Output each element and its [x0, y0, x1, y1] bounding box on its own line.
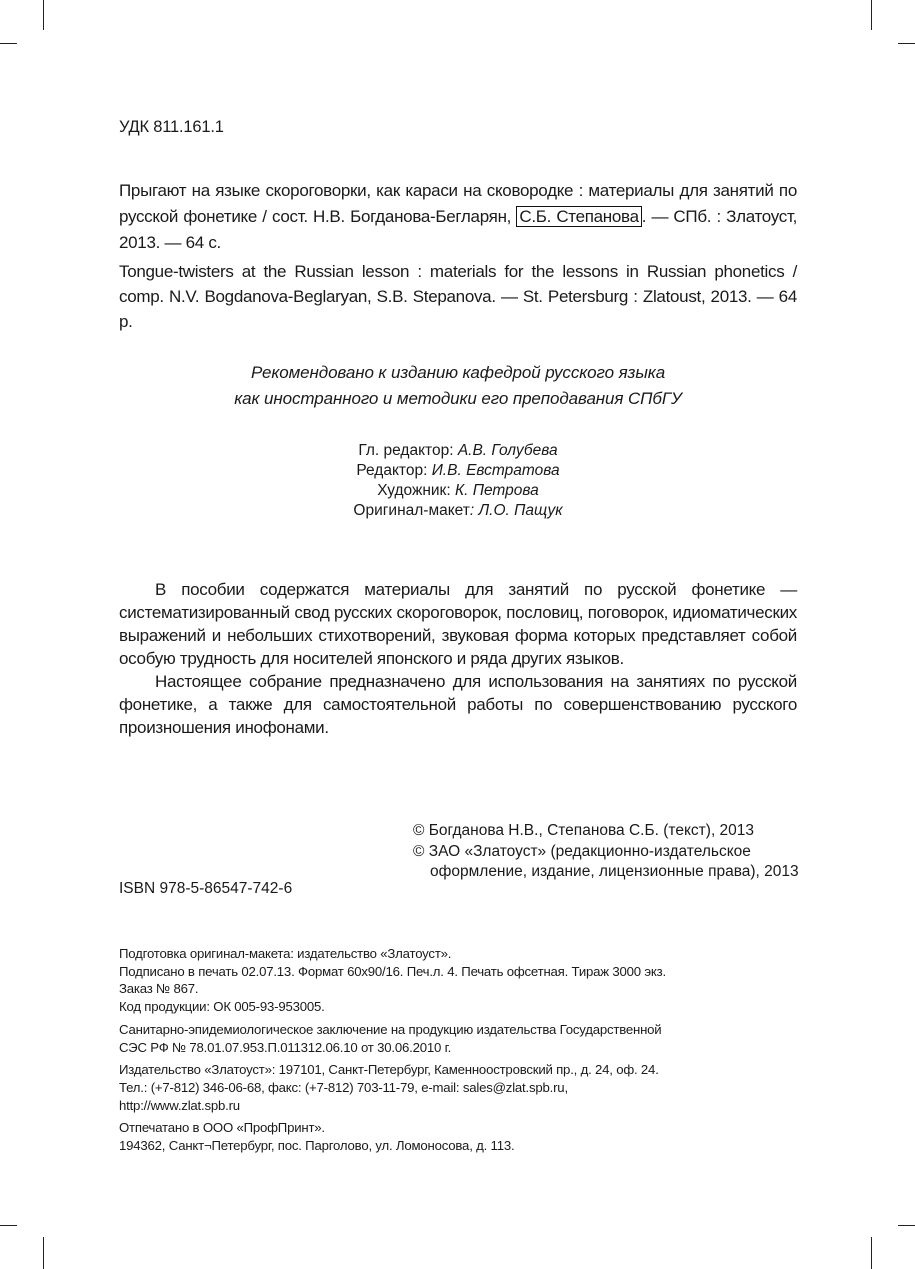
- imprint-sanitary-line-2: СЭС РФ № 78.01.07.953.П.011312.06.10 от …: [119, 1039, 809, 1057]
- imprint-publisher-contacts: Тел.: (+7-812) 346-06-68, факс: (+7-812)…: [119, 1079, 809, 1097]
- copyright-authors: © Богданова Н.В., Степанова С.Б. (текст)…: [413, 821, 813, 842]
- recommendation-note: Рекомендовано к изданию кафедрой русског…: [119, 360, 797, 412]
- credit-name: И.В. Евстратова: [432, 462, 560, 479]
- boxed-author-name: С.Б. Степанова: [516, 206, 641, 227]
- credit-name: А.В. Голубева: [458, 442, 558, 459]
- credit-name: К. Петрова: [455, 482, 539, 499]
- crop-mark-top-right-horizontal: [898, 43, 915, 44]
- isbn: ISBN 978-5-86547-742-6: [119, 880, 292, 898]
- imprint-product-code: Код продукции: ОК 005-93-953005.: [119, 998, 809, 1016]
- abstract-paragraph-1: В пособии содержатся материалы для занят…: [119, 578, 797, 670]
- credit-name: : Л.О. Пащук: [470, 502, 563, 519]
- recommendation-line-1: Рекомендовано к изданию кафедрой русског…: [119, 360, 797, 386]
- credit-artist: Художник: К. Петрова: [119, 481, 797, 501]
- imprint-print-details: Подготовка оригинал-макета: издательство…: [119, 945, 809, 1016]
- credit-layout: Оригинал-макет: Л.О. Пащук: [119, 501, 797, 521]
- recommendation-line-2: как иностранного и методики его преподав…: [119, 386, 797, 412]
- crop-mark-top-right-vertical: [871, 0, 872, 30]
- crop-mark-top-left-vertical: [43, 0, 44, 30]
- imprint: Подготовка оригинал-макета: издательство…: [119, 945, 809, 1160]
- imprint-sanitary: Санитарно-эпидемиологическое заключение …: [119, 1021, 809, 1056]
- imprint-sanitary-line-1: Санитарно-эпидемиологическое заключение …: [119, 1021, 809, 1039]
- credit-role: Оригинал-макет: [353, 502, 469, 519]
- credit-role: Художник:: [377, 482, 455, 499]
- crop-mark-top-left-horizontal: [0, 43, 17, 44]
- credit-editor: Редактор: И.В. Евстратова: [119, 461, 797, 481]
- imprint-printer: Отпечатано в ООО «ПрофПринт». 194362, Са…: [119, 1119, 809, 1154]
- copyright-publisher: © ЗАО «Златоуст» (редакционно-издательск…: [413, 842, 813, 883]
- udk-code: УДК 811.161.1: [119, 118, 224, 137]
- imprint-preparation: Подготовка оригинал-макета: издательство…: [119, 945, 809, 963]
- credit-chief-editor: Гл. редактор: А.В. Голубева: [119, 441, 797, 461]
- bibliographic-record-ru: Прыгают на языке скороговорки, как карас…: [119, 178, 797, 256]
- imprint-printed-by: Отпечатано в ООО «ПрофПринт».: [119, 1119, 809, 1137]
- credit-role: Редактор:: [356, 462, 431, 479]
- credit-role: Гл. редактор:: [358, 442, 457, 459]
- crop-mark-bottom-left-horizontal: [0, 1225, 17, 1226]
- imprint-order: Заказ № 867.: [119, 980, 809, 998]
- editorial-credits: Гл. редактор: А.В. Голубева Редактор: И.…: [119, 441, 797, 521]
- imprint-publisher-website: http://www.zlat.spb.ru: [119, 1097, 809, 1115]
- bibliographic-record-en: Tongue-twisters at the Russian lesson : …: [119, 259, 797, 334]
- imprint-signed: Подписано в печать 02.07.13. Формат 60х9…: [119, 963, 809, 981]
- abstract: В пособии содержатся материалы для занят…: [119, 578, 797, 739]
- crop-mark-bottom-right-horizontal: [898, 1225, 915, 1226]
- crop-mark-bottom-right-vertical: [871, 1237, 872, 1269]
- imprint-printer-address: 194362, Санкт¬Петербург, пос. Парголово,…: [119, 1137, 809, 1155]
- copyright-notices: © Богданова Н.В., Степанова С.Б. (текст)…: [413, 821, 813, 883]
- imprint-publisher: Издательство «Златоуст»: 197101, Санкт-П…: [119, 1061, 809, 1114]
- imprint-publisher-address: Издательство «Златоуст»: 197101, Санкт-П…: [119, 1061, 809, 1079]
- crop-mark-bottom-left-vertical: [43, 1237, 44, 1269]
- abstract-paragraph-2: Настоящее собрание предназначено для исп…: [119, 670, 797, 739]
